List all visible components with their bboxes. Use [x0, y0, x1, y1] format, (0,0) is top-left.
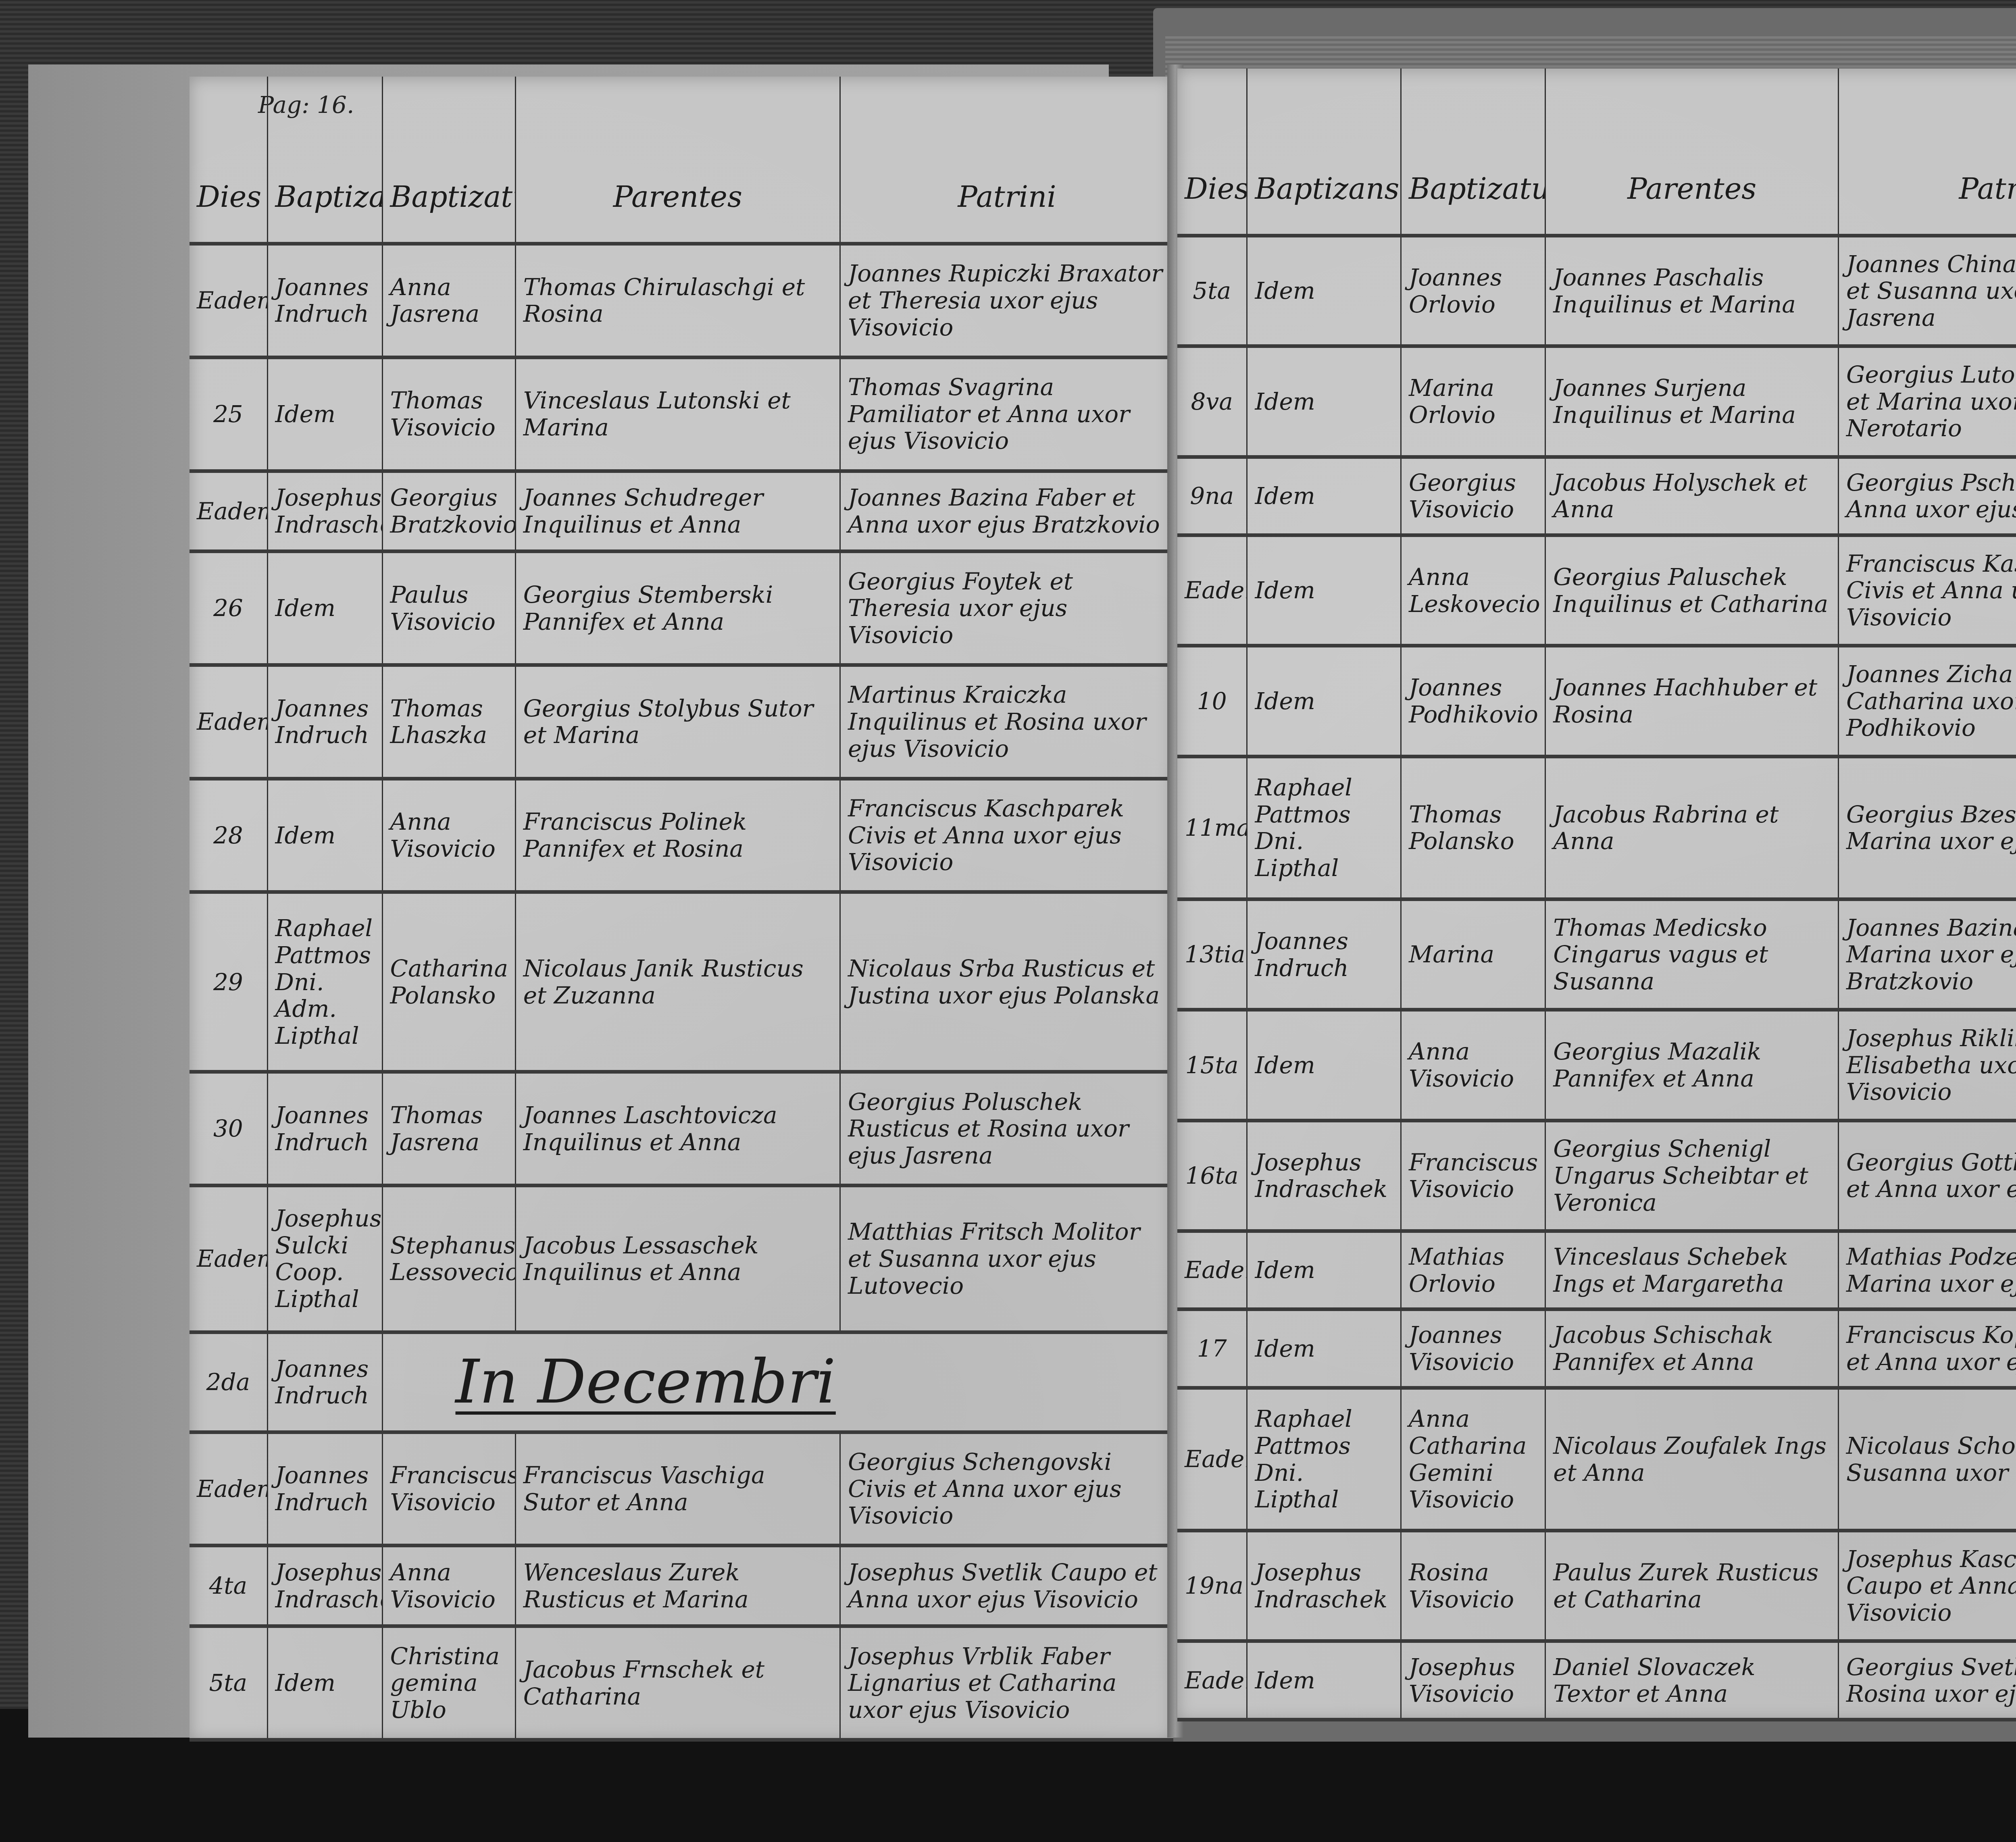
entry-day: 26 — [190, 552, 267, 665]
entry-day: Eadem — [1177, 1231, 1247, 1309]
register-entry: EademRaphael Pattmos Dni. LipthalAnna Ca… — [1177, 1388, 2016, 1530]
entry-day: Eadem — [190, 665, 267, 778]
register-entry: 26IdemPaulus VisovicioGeorgius Stembersk… — [190, 552, 1173, 665]
header-parentes: Parentes — [1545, 69, 1839, 236]
entry-baptizatus: Mathias Orlovio — [1401, 1231, 1545, 1309]
entry-baptizatus: Christina gemina Ublo — [382, 1626, 515, 1740]
entry-baptizans: Idem — [1247, 646, 1401, 756]
entry-parentes: Joannes Laschtovicza Inquilinus et Anna — [515, 1072, 840, 1186]
entry-baptizans: Idem — [1247, 1010, 1401, 1120]
entry-parentes: Paulus Zurek Rusticus et Catharina — [1545, 1531, 1839, 1641]
entry-patrini: Matthias Fritsch Molitor et Susanna uxor… — [840, 1186, 1174, 1332]
entry-baptizans: Joannes Indruch — [267, 1072, 382, 1186]
entry-baptizatus: Rosina Visovicio — [1401, 1531, 1545, 1641]
entry-patrini: Georgius Schengovski Civis et Anna uxor … — [840, 1432, 1174, 1546]
entry-day: 15ta — [1177, 1010, 1247, 1120]
entry-baptizans: Idem — [1247, 1231, 1401, 1309]
register-entry: 4taJosephus IndraschekAnna VisovicioWenc… — [190, 1546, 1173, 1626]
entry-parentes: Joannes Paschalis Inquilinus et Marina — [1545, 236, 1839, 346]
register-body-right: 5taIdemJoannes OrlovioJoannes Paschalis … — [1177, 236, 2016, 1720]
entry-parentes: Georgius Paluschek Inquilinus et Cathari… — [1545, 535, 1839, 646]
register-entry: EademJoannes IndruchThomas LhaszkaGeorgi… — [190, 665, 1173, 778]
entry-day: Eadem — [1177, 1641, 1247, 1720]
entry-patrini: Franciscus Kaschparek Civis et Anna uxor… — [840, 778, 1174, 892]
register-body-left: EademJoannes IndruchAnna JasrenaThomas C… — [190, 244, 1173, 1740]
register-entry: 15taIdemAnna VisovicioGeorgius Mazalik P… — [1177, 1010, 2016, 1120]
entry-baptizans: Idem — [1247, 1641, 1401, 1720]
entry-baptizatus: Thomas Polansko — [1401, 756, 1545, 899]
entry-patrini: Joannes Rupiczki Braxator et Theresia ux… — [840, 244, 1174, 358]
entry-parentes: Vinceslaus Lutonski et Marina — [515, 357, 840, 471]
entry-day: Eadem — [1177, 1388, 1247, 1530]
register-page-right: Pag: 17. Dies Baptizans Baptizatus Paren… — [1177, 69, 2016, 1721]
entry-baptizans: Josephus Indraschek — [267, 1546, 382, 1626]
entry-baptizans: Idem — [267, 357, 382, 471]
entry-baptizans: Josephus Indraschek — [267, 471, 382, 552]
entry-baptizans: Idem — [1247, 236, 1401, 346]
entry-day: 29 — [190, 892, 267, 1072]
entry-baptizans: Josephus Indraschek — [1247, 1531, 1401, 1641]
header-row: Dies Baptizans Baptizatus Parentes Patri… — [1177, 69, 2016, 236]
entry-baptizatus: Catharina Polansko — [382, 892, 515, 1072]
entry-baptizans: Raphael Pattmos Dni. Adm. Lipthal — [267, 892, 382, 1072]
entry-patrini: Georgius Poluschek Rusticus et Rosina ux… — [840, 1072, 1174, 1186]
entry-day: 4ta — [190, 1546, 267, 1626]
register-entry: 17IdemJoannes VisovicioJacobus Schischak… — [1177, 1309, 2016, 1388]
header-baptizans: Baptizans — [1247, 69, 1401, 236]
register-table-left: Dies Baptizans Baptizatus Parentes Patri… — [190, 77, 1173, 1742]
entry-patrini: Nicolaus Srba Rusticus et Justina uxor e… — [840, 892, 1174, 1072]
entry-parentes: Franciscus Polinek Pannifex et Rosina — [515, 778, 840, 892]
register-entry: 16taJosephus IndraschekFranciscus Visovi… — [1177, 1120, 2016, 1231]
entry-day: 17 — [1177, 1309, 1247, 1388]
entry-baptizans: Idem — [1247, 535, 1401, 646]
entry-parentes: Wenceslaus Zurek Rusticus et Marina — [515, 1546, 840, 1626]
header-patrini: Patrini — [1839, 69, 2016, 236]
register-entry: 2daJoannes IndruchIn Decembri — [190, 1332, 1173, 1432]
entry-baptizatus: Joannes Visovicio — [1401, 1309, 1545, 1388]
entry-day: Eadem — [190, 1432, 267, 1546]
entry-day: Eadem — [1177, 535, 1247, 646]
entry-parentes: Georgius Stolybus Sutor et Marina — [515, 665, 840, 778]
entry-baptizatus: Thomas Visovicio — [382, 357, 515, 471]
header-parentes: Parentes — [515, 77, 840, 244]
entry-patrini: Georgius Svetlik Caupo et Rosina uxor ej… — [1839, 1641, 2016, 1720]
entry-parentes: Daniel Slovaczek Textor et Anna — [1545, 1641, 1839, 1720]
entry-day: 13tia — [1177, 899, 1247, 1009]
entry-baptizatus: Anna Leskovecio — [1401, 535, 1545, 646]
entry-baptizatus: Georgius Visovicio — [1401, 457, 1545, 535]
entry-patrini: Georgius Pschenicka et Anna uxor ejus Vi… — [1839, 457, 2016, 535]
entry-day: Eadem — [190, 471, 267, 552]
entry-baptizans: Idem — [267, 552, 382, 665]
entry-day: 30 — [190, 1072, 267, 1186]
register-entry: EademIdemMathias OrlovioVinceslaus Scheb… — [1177, 1231, 2016, 1309]
entry-day: 9na — [1177, 457, 1247, 535]
entry-patrini: Georgius Gottlob Pannifex et Anna uxor e… — [1839, 1120, 2016, 1231]
entry-baptizans: Raphael Pattmos Dni. Lipthal — [1247, 756, 1401, 899]
entry-parentes: Nicolaus Janik Rusticus et Zuzanna — [515, 892, 840, 1072]
entry-baptizatus: Marina Orlovio — [1401, 346, 1545, 457]
header-row: Dies Baptizans Baptizatus Parentes Patri… — [190, 77, 1173, 244]
register-table-right: Dies Baptizans Baptizatus Parentes Patri… — [1177, 69, 2016, 1721]
entry-baptizans: Idem — [1247, 346, 1401, 457]
entry-baptizatus: Stephanus Lessovecio — [382, 1186, 515, 1332]
register-entry: 10IdemJoannes PodhikovioJoannes Hachhube… — [1177, 646, 2016, 756]
register-entry: EademIdemJosephus VisovicioDaniel Slovac… — [1177, 1641, 2016, 1720]
entry-baptizatus: Anna Visovicio — [382, 1546, 515, 1626]
register-page-left: Pag: 16. Dies Baptizans Baptizatus Paren… — [190, 77, 1173, 1742]
entry-day: 2da — [190, 1332, 267, 1432]
entry-baptizans: Idem — [267, 1626, 382, 1740]
entry-patrini: Joannes Zicha Rusticus et Catharina uxor… — [1839, 646, 2016, 756]
entry-baptizatus: Thomas Lhaszka — [382, 665, 515, 778]
entry-baptizatus: Anna Visovicio — [382, 778, 515, 892]
entry-baptizatus: Thomas Jasrena — [382, 1072, 515, 1186]
entry-baptizans: Joannes Indruch — [267, 244, 382, 358]
register-entry: 8vaIdemMarina OrlovioJoannes Surjena Inq… — [1177, 346, 2016, 457]
entry-patrini: Nicolaus Schoda et Susanna uxor ejus Lys… — [1839, 1388, 2016, 1530]
entry-patrini: Georgius Lutonski Molitor et Marina uxor… — [1839, 346, 2016, 457]
entry-day: 5ta — [190, 1626, 267, 1740]
entry-baptizatus: Anna Visovicio — [1401, 1010, 1545, 1120]
entry-baptizatus: Anna Jasrena — [382, 244, 515, 358]
register-entry: EademJoannes IndruchAnna JasrenaThomas C… — [190, 244, 1173, 358]
entry-patrini: Thomas Svagrina Pamiliator et Anna uxor … — [840, 357, 1174, 471]
entry-parentes: Georgius Stemberski Pannifex et Anna — [515, 552, 840, 665]
entry-patrini: Joannes Bazina Faber et Marina uxor ejus… — [1839, 899, 2016, 1009]
entry-patrini: Josephus Kaschparek Caupo et Anna uxor e… — [1839, 1531, 2016, 1641]
header-baptizatus: Baptizatus — [1401, 69, 1545, 236]
entry-day: 19na — [1177, 1531, 1247, 1641]
entry-baptizans: Joannes Indruch — [267, 1332, 382, 1432]
entry-baptizatus: Joannes Orlovio — [1401, 236, 1545, 346]
entry-baptizatus: Joannes Podhikovio — [1401, 646, 1545, 756]
entry-day: 8va — [1177, 346, 1247, 457]
entry-parentes: Jacobus Holyschek et Anna — [1545, 457, 1839, 535]
entry-day: 5ta — [1177, 236, 1247, 346]
register-entry: 9naIdemGeorgius VisovicioJacobus Holysch… — [1177, 457, 2016, 535]
entry-parentes: Thomas Chirulaschgi et Rosina — [515, 244, 840, 358]
register-entry: 5taIdemChristina gemina UbloJacobus Frns… — [190, 1626, 1173, 1740]
entry-day: 28 — [190, 778, 267, 892]
register-entry: 5taIdemJoannes OrlovioJoannes Paschalis … — [1177, 236, 2016, 346]
header-day: Dies — [1177, 69, 1247, 236]
entry-day: Eadem — [190, 1186, 267, 1332]
month-heading: In Decembri — [382, 1332, 1173, 1432]
register-entry: 30Joannes IndruchThomas JasrenaJoannes L… — [190, 1072, 1173, 1186]
header-baptizatus: Baptizatus — [382, 77, 515, 244]
entry-baptizatus: Paulus Visovicio — [382, 552, 515, 665]
entry-baptizatus: Josephus Visovicio — [1401, 1641, 1545, 1720]
register-entry: EademJosephus Sulcki Coop. LipthalStepha… — [190, 1186, 1173, 1332]
entry-parentes: Jacobus Schischak Pannifex et Anna — [1545, 1309, 1839, 1388]
entry-patrini: Georgius Foytek et Theresia uxor ejus Vi… — [840, 552, 1174, 665]
entry-baptizans: Raphael Pattmos Dni. Lipthal — [1247, 1388, 1401, 1530]
entry-parentes: Thomas Medicsko Cingarus vagus et Susann… — [1545, 899, 1839, 1009]
header-day: Dies — [190, 77, 267, 244]
entry-patrini: Josephus Vrblik Faber Lignarius et Catha… — [840, 1626, 1174, 1740]
entry-baptizatus: Anna Catharina Gemini Visovicio — [1401, 1388, 1545, 1530]
entry-patrini: Joannes Bazina Faber et Anna uxor ejus B… — [840, 471, 1174, 552]
entry-patrini: Georgius Bzesnicka et Marina uxor ejus P… — [1839, 756, 2016, 899]
register-entry: 28IdemAnna VisovicioFranciscus Polinek P… — [190, 778, 1173, 892]
entry-parentes: Jacobus Frnschek et Catharina — [515, 1626, 840, 1740]
entry-patrini: Martinus Kraiczka Inquilinus et Rosina u… — [840, 665, 1174, 778]
entry-baptizans: Idem — [1247, 1309, 1401, 1388]
entry-parentes: Franciscus Vaschiga Sutor et Anna — [515, 1432, 840, 1546]
entry-baptizatus: Marina — [1401, 899, 1545, 1009]
entry-baptizans: Josephus Sulcki Coop. Lipthal — [267, 1186, 382, 1332]
register-entry: 19naJosephus IndraschekRosina VisovicioP… — [1177, 1531, 2016, 1641]
entry-parentes: Joannes Hachhuber et Rosina — [1545, 646, 1839, 756]
entry-baptizans: Joannes Indruch — [267, 665, 382, 778]
entry-patrini: Mathias Podzedniczek et Marina uxor ejus… — [1839, 1231, 2016, 1309]
entry-parentes: Joannes Schudreger Inquilinus et Anna — [515, 471, 840, 552]
entry-day: 10 — [1177, 646, 1247, 756]
entry-day: 11ma — [1177, 756, 1247, 899]
entry-parentes: Nicolaus Zoufalek Ings et Anna — [1545, 1388, 1839, 1530]
register-entry: EademJosephus IndraschekGeorgius Bratzko… — [190, 471, 1173, 552]
entry-baptizatus: Franciscus Visovicio — [382, 1432, 515, 1546]
entry-baptizans: Joannes Indruch — [1247, 899, 1401, 1009]
entry-parentes: Georgius Mazalik Pannifex et Anna — [1545, 1010, 1839, 1120]
register-entry: 29Raphael Pattmos Dni. Adm. LipthalCatha… — [190, 892, 1173, 1072]
entry-patrini: Franciscus Koparek Civis et Anna uxor ej… — [1839, 1309, 2016, 1388]
entry-parentes: Jacobus Lessaschek Inquilinus et Anna — [515, 1186, 840, 1332]
register-entry: 11maRaphael Pattmos Dni. LipthalThomas P… — [1177, 756, 2016, 899]
register-entry: EademJoannes IndruchFranciscus Visovicio… — [190, 1432, 1173, 1546]
entry-parentes: Georgius Schenigl Ungarus Scheibtar et V… — [1545, 1120, 1839, 1231]
entry-baptizans: Idem — [267, 778, 382, 892]
entry-patrini: Josephus Svetlik Caupo et Anna uxor ejus… — [840, 1546, 1174, 1626]
entry-parentes: Jacobus Rabrina et Anna — [1545, 756, 1839, 899]
entry-baptizatus: Franciscus Visovicio — [1401, 1120, 1545, 1231]
entry-patrini: Joannes Chinaczko Sutor et Susanna uxor … — [1839, 236, 2016, 346]
register-entry: 25IdemThomas VisovicioVinceslaus Lutonsk… — [190, 357, 1173, 471]
entry-day: Eadem — [190, 244, 267, 358]
entry-baptizans: Idem — [1247, 457, 1401, 535]
register-entry: EademIdemAnna LeskovecioGeorgius Palusch… — [1177, 535, 2016, 646]
entry-patrini: Franciscus Kaschparek Civis et Anna uxor… — [1839, 535, 2016, 646]
entry-baptizans: Joannes Indruch — [267, 1432, 382, 1546]
entry-patrini: Josephus Riklik Pannifex et Elisabetha u… — [1839, 1010, 2016, 1120]
entry-day: 25 — [190, 357, 267, 471]
entry-day: 16ta — [1177, 1120, 1247, 1231]
entry-parentes: Vinceslaus Schebek Ings et Margaretha — [1545, 1231, 1839, 1309]
header-patrini: Patrini — [840, 77, 1174, 244]
entry-baptizans: Josephus Indraschek — [1247, 1120, 1401, 1231]
header-baptizans: Baptizans — [267, 77, 382, 244]
register-entry: 13tiaJoannes IndruchMarinaThomas Medicsk… — [1177, 899, 2016, 1009]
entry-baptizatus: Georgius Bratzkovio — [382, 471, 515, 552]
entry-parentes: Joannes Surjena Inquilinus et Marina — [1545, 346, 1839, 457]
